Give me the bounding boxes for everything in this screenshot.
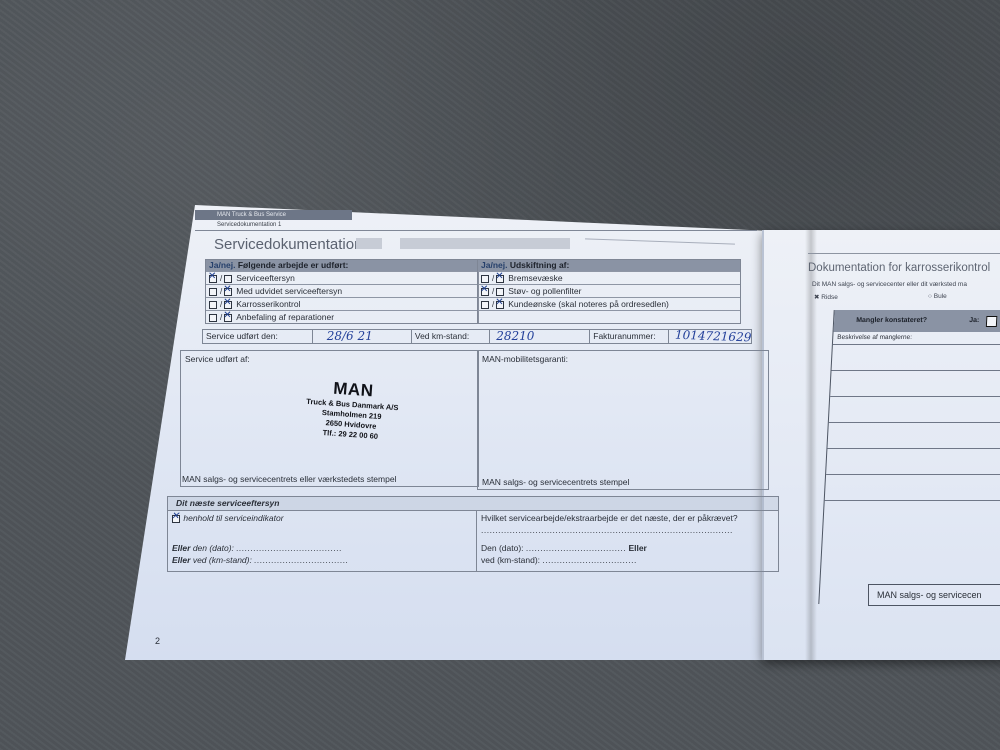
checklist-row: /Bremsevæske — [478, 271, 740, 284]
service-center-stamp-caption: MAN salgs- og servicecentrets stempel — [482, 477, 629, 487]
checklist-label: Anbefaling af reparationer — [236, 312, 334, 322]
table-header: Ja/nej. Følgende arbejde er udført: — [206, 260, 478, 271]
yes-checkbox[interactable] — [209, 275, 217, 283]
defects-table: Mangler konstateret? Ja: Beskrivelse af … — [818, 310, 1000, 604]
yes-checkbox[interactable] — [481, 301, 489, 309]
service-info-row: Service udført den: 28/6 21 Ved km-stand… — [202, 329, 752, 344]
separator: / — [492, 287, 494, 296]
right-page-subtitle: Dit MAN salgs- og servicecenter eller di… — [812, 281, 967, 288]
mobility-guarantee-box[interactable]: MAN-mobilitetsgaranti: MAN salgs- og ser… — [477, 350, 769, 490]
title-field-box — [400, 238, 570, 249]
table-row-empty — [478, 310, 740, 323]
workshop-stamp-caption: MAN salgs- og servicecentrets eller værk… — [182, 474, 396, 484]
next-service-right: Hvilket servicearbejde/ekstraarbejde er … — [477, 511, 777, 571]
right-km-label: ved (km-stand): — [481, 555, 540, 565]
yes-label: Ja: — [969, 310, 980, 332]
checklist-row: /Med udvidet serviceeftersyn — [206, 284, 478, 297]
workshop-stamp: MAN Truck & Bus Danmark A/S Stamholmen 2… — [290, 376, 414, 444]
right-date-field[interactable]: ................................... — [526, 543, 626, 553]
next-date-label: den (dato): — [193, 543, 234, 553]
no-checkbox[interactable] — [496, 288, 504, 296]
defects-line[interactable] — [829, 397, 1000, 423]
radio-circle-icon: ○ — [928, 293, 932, 300]
separator: / — [220, 300, 222, 309]
no-checkbox[interactable] — [496, 301, 504, 309]
defects-description-label: Beskrivelse af manglerne: — [833, 332, 1000, 345]
checklist-row: /Karrosserikontrol — [206, 297, 478, 310]
defects-line[interactable] — [827, 423, 1000, 449]
next-service-header: Dit næste serviceeftersyn — [168, 497, 778, 511]
no-checkbox[interactable] — [496, 275, 504, 283]
right-stamp-caption: MAN salgs- og servicecen — [868, 584, 1000, 606]
running-head: MAN Truck & Bus Service — [195, 210, 352, 220]
next-work-field[interactable]: ........................................… — [481, 525, 733, 535]
no-checkbox[interactable] — [224, 314, 232, 322]
checklist-label: Bremsevæske — [508, 273, 562, 283]
invoice-field[interactable]: 1014721629 — [668, 329, 751, 345]
cross-mark-icon: ✖ — [814, 294, 819, 301]
title-field-box — [356, 238, 382, 249]
checklist-row: /Kundeønske (skal noteres på ordresedlen… — [478, 297, 740, 310]
divider — [808, 253, 1000, 254]
separator: / — [220, 274, 222, 283]
running-subtitle: Servicedokumentation 1 — [195, 220, 757, 231]
page-title: Servicedokumentation 1 — [214, 236, 375, 253]
service-indicator-checkbox[interactable] — [172, 515, 180, 523]
performed-work-table: Ja/nej. Følgende arbejde er udført: /Ser… — [205, 259, 479, 324]
option-scratch[interactable]: ✖ Ridse — [814, 293, 838, 301]
next-work-question: Hvilket servicearbejde/ekstraarbejde er … — [481, 513, 738, 523]
next-service-section: Dit næste serviceeftersyn henhold til se… — [167, 496, 779, 572]
replacement-table: Ja/nej. Udskiftning af: /Bremsevæske/Stø… — [477, 259, 741, 324]
page-number: 2 — [155, 636, 160, 646]
next-km-field[interactable]: ................................. — [254, 555, 348, 565]
checklist-label: Med udvidet serviceeftersyn — [236, 286, 342, 296]
km-label: Ved km-stand: — [412, 330, 490, 343]
defects-header: Mangler konstateret? Ja: — [834, 310, 1000, 332]
defects-line[interactable] — [832, 345, 1000, 371]
checklist-label: Karrosserikontrol — [236, 299, 300, 309]
separator: / — [220, 287, 222, 296]
km-field[interactable]: 28210 — [490, 330, 590, 343]
yes-checkbox[interactable] — [481, 288, 489, 296]
table-header: Ja/nej. Udskiftning af: — [478, 260, 740, 271]
defects-line[interactable] — [825, 475, 1000, 501]
yes-checkbox[interactable] — [209, 314, 217, 322]
right-page-title: Dokumentation for karrosserikontrol — [808, 262, 990, 274]
yes-checkbox[interactable] — [209, 288, 217, 296]
checklist-row: /Serviceeftersyn — [206, 271, 478, 284]
next-service-left: henhold til serviceindikator Eller den (… — [168, 511, 477, 571]
checklist-row: /Anbefaling af reparationer — [206, 310, 478, 323]
service-date-field[interactable]: 28/6 21 — [313, 330, 412, 343]
right-date-label: Den (dato): — [481, 543, 524, 553]
next-date-field[interactable]: ..................................... — [236, 543, 342, 553]
right-km-field[interactable]: ................................. — [542, 555, 636, 565]
service-indicator-label: henhold til serviceindikator — [183, 513, 283, 523]
checklist-row: /Støv- og pollenfilter — [478, 284, 740, 297]
yes-checkbox[interactable] — [481, 275, 489, 283]
checklist-label: Støv- og pollenfilter — [508, 286, 581, 296]
yes-checkbox[interactable] — [209, 301, 217, 309]
separator: / — [492, 300, 494, 309]
checklist-label: Kundeønske (skal noteres på ordresedlen) — [508, 299, 669, 309]
checklist-label: Serviceeftersyn — [236, 273, 295, 283]
separator: / — [492, 274, 494, 283]
no-checkbox[interactable] — [224, 288, 232, 296]
performed-by-label: Service udført af: — [185, 354, 250, 364]
service-date-label: Service udført den: — [203, 330, 313, 343]
yes-checkbox[interactable] — [986, 316, 998, 327]
no-checkbox[interactable] — [224, 275, 232, 283]
option-dent[interactable]: ○ Bule — [928, 293, 947, 300]
separator: / — [220, 313, 222, 322]
defects-line[interactable] — [826, 449, 1000, 475]
no-checkbox[interactable] — [224, 301, 232, 309]
next-km-label: ved (km-stand): — [193, 555, 252, 565]
mobility-label: MAN-mobilitetsgaranti: — [482, 354, 568, 364]
invoice-label: Fakturanummer: — [590, 330, 668, 343]
defects-line[interactable] — [830, 371, 1000, 397]
